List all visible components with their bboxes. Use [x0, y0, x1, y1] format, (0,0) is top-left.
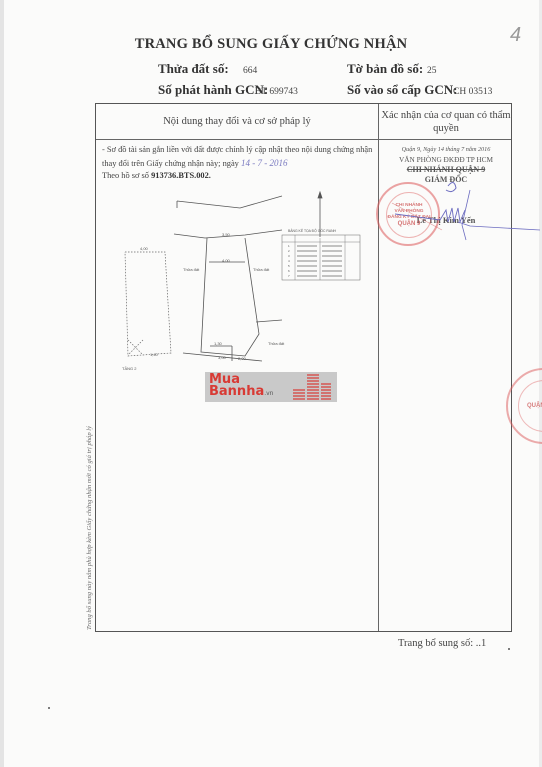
footer-label: Trang bổ sung số: — [398, 638, 473, 649]
coordinate-table: BẢNG KÊ TỌA ĐỘ GÓC RANH 1234567 — [282, 228, 360, 280]
coordinate-row-label: 1 — [288, 244, 290, 248]
watermark-logo: Mua Bannha.vn — [205, 372, 337, 402]
coordinate-row-label: 2 — [288, 249, 290, 253]
scan-speck — [508, 648, 510, 650]
coordinate-row-label: 5 — [288, 264, 290, 268]
dim-label: 3,50 — [222, 232, 231, 237]
coordinate-table-title: BẢNG KÊ TỌA ĐỘ GÓC RANH — [288, 228, 337, 233]
floor-label: TẦNG 2 — [122, 366, 137, 371]
watermark-suffix: .vn — [264, 390, 273, 397]
dim-label: 3,00 — [218, 355, 227, 360]
building-icon — [291, 372, 335, 402]
dim-label: 4,00 — [222, 258, 231, 263]
supplement-page-number: Trang bổ sung số: ..1 — [398, 638, 486, 649]
scan-speck — [48, 707, 50, 709]
neighbor-label: Thửa đất — [268, 341, 285, 346]
coordinate-row-label: 4 — [288, 259, 290, 263]
coordinate-row-label: 3 — [288, 254, 290, 258]
coordinate-row-label: 7 — [288, 274, 290, 278]
watermark-line2: Bannha — [209, 384, 264, 399]
dim-label: 1,40 — [150, 352, 159, 357]
neighbor-label: Thửa đất — [253, 267, 270, 272]
dim-label: 4,00 — [140, 246, 149, 251]
footer-value: ..1 — [476, 638, 487, 649]
dim-label: 1,30 — [214, 341, 223, 346]
coordinate-row-label: 6 — [288, 269, 290, 273]
dim-label: 2,00 — [238, 356, 247, 361]
neighbor-label: Thửa đất — [183, 267, 200, 272]
